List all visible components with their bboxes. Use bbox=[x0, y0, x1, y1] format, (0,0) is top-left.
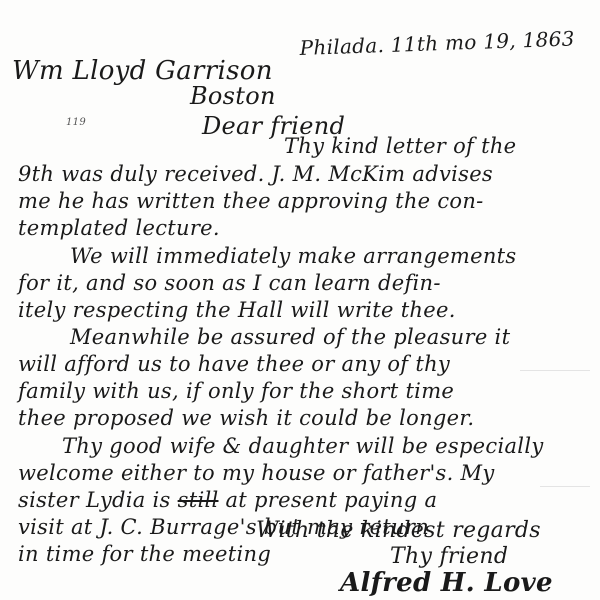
folio-number: 119 bbox=[66, 118, 86, 128]
body-line: Meanwhile be assured of the pleasure it bbox=[70, 327, 510, 348]
body-line: Thy good wife & daughter will be especia… bbox=[62, 436, 544, 457]
closing: With the kindest regards bbox=[256, 520, 541, 542]
addressee-city: Boston bbox=[190, 84, 276, 108]
faint-rule bbox=[540, 486, 590, 487]
body-line: 9th was duly received. J. M. McKim advis… bbox=[18, 164, 493, 185]
body-line: Thy kind letter of the bbox=[284, 136, 516, 157]
body-line: thee proposed we wish it could be longer… bbox=[18, 408, 474, 429]
body-line: will afford us to have thee or any of th… bbox=[18, 354, 450, 375]
body-line: templated lecture. bbox=[18, 218, 220, 239]
faint-rule bbox=[520, 370, 590, 371]
body-line: We will immediately make arrangements bbox=[70, 246, 517, 267]
body-line: family with us, if only for the short ti… bbox=[18, 381, 454, 402]
closing-sub: Thy friend bbox=[390, 546, 508, 568]
signature: Alfred H. Love bbox=[340, 570, 553, 596]
body-line: for it, and so soon as I can learn defin… bbox=[18, 273, 441, 294]
place-date: Philada. 11th mo 19, 1863 bbox=[299, 28, 575, 58]
body-line: itely respecting the Hall will write the… bbox=[18, 300, 456, 321]
letter-page: Philada. 11th mo 19, 1863 Wm Lloyd Garri… bbox=[0, 0, 600, 600]
body-line: in time for the meeting bbox=[18, 544, 271, 565]
body-line: sister Lydia is still at present paying … bbox=[18, 490, 437, 511]
body-line: me he has written thee approving the con… bbox=[18, 191, 484, 212]
body-line: welcome either to my house or father's. … bbox=[18, 463, 495, 484]
addressee: Wm Lloyd Garrison bbox=[12, 58, 273, 84]
struck-word: still bbox=[178, 488, 219, 512]
